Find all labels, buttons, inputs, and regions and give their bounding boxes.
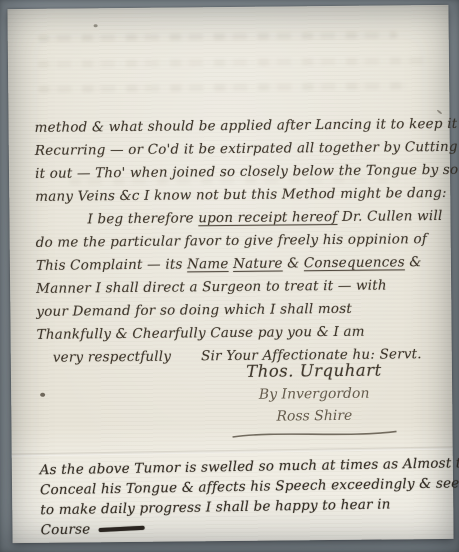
signature-block: Thos. Urquhart By Invergordon Ross Shire — [228, 357, 401, 440]
signature-flourish — [228, 428, 400, 440]
letter-line: Manner I shall direct a Surgeon to treat… — [36, 274, 445, 301]
letter-photograph: method & what should be applied after La… — [0, 0, 459, 552]
line-text: This Complaint — its — [36, 256, 187, 273]
ink-speck — [94, 24, 98, 27]
line-text: & — [405, 254, 422, 270]
postscript-block: As the above Tumor is swelled so much at… — [40, 454, 448, 541]
ink-showthrough — [38, 31, 398, 41]
line-text: I beg therefore — [87, 210, 198, 227]
letter-body: method & what should be applied after La… — [34, 113, 445, 370]
ink-showthrough — [38, 57, 433, 68]
pen-stroke — [98, 526, 144, 532]
line-text: Course — [41, 521, 91, 538]
underlined-phrase: Name — [187, 256, 229, 272]
underlined-phrase: Nature — [233, 255, 283, 271]
line-text: Dr. Cullen will — [337, 208, 442, 225]
signature-name: Thos. Urquhart — [228, 357, 400, 384]
line-text: & — [283, 255, 304, 271]
ink-speck — [40, 393, 45, 397]
signature-address-line: Ross Shire — [228, 404, 400, 428]
closing-valediction: very respectfully — [53, 346, 172, 370]
signature-address-line: By Invergordon — [228, 382, 400, 406]
underlined-phrase: upon receipt hereof — [198, 209, 337, 226]
underlined-phrase: Consequences — [304, 254, 405, 271]
letter-page: method & what should be applied after La… — [7, 5, 453, 543]
ink-showthrough — [38, 82, 408, 93]
